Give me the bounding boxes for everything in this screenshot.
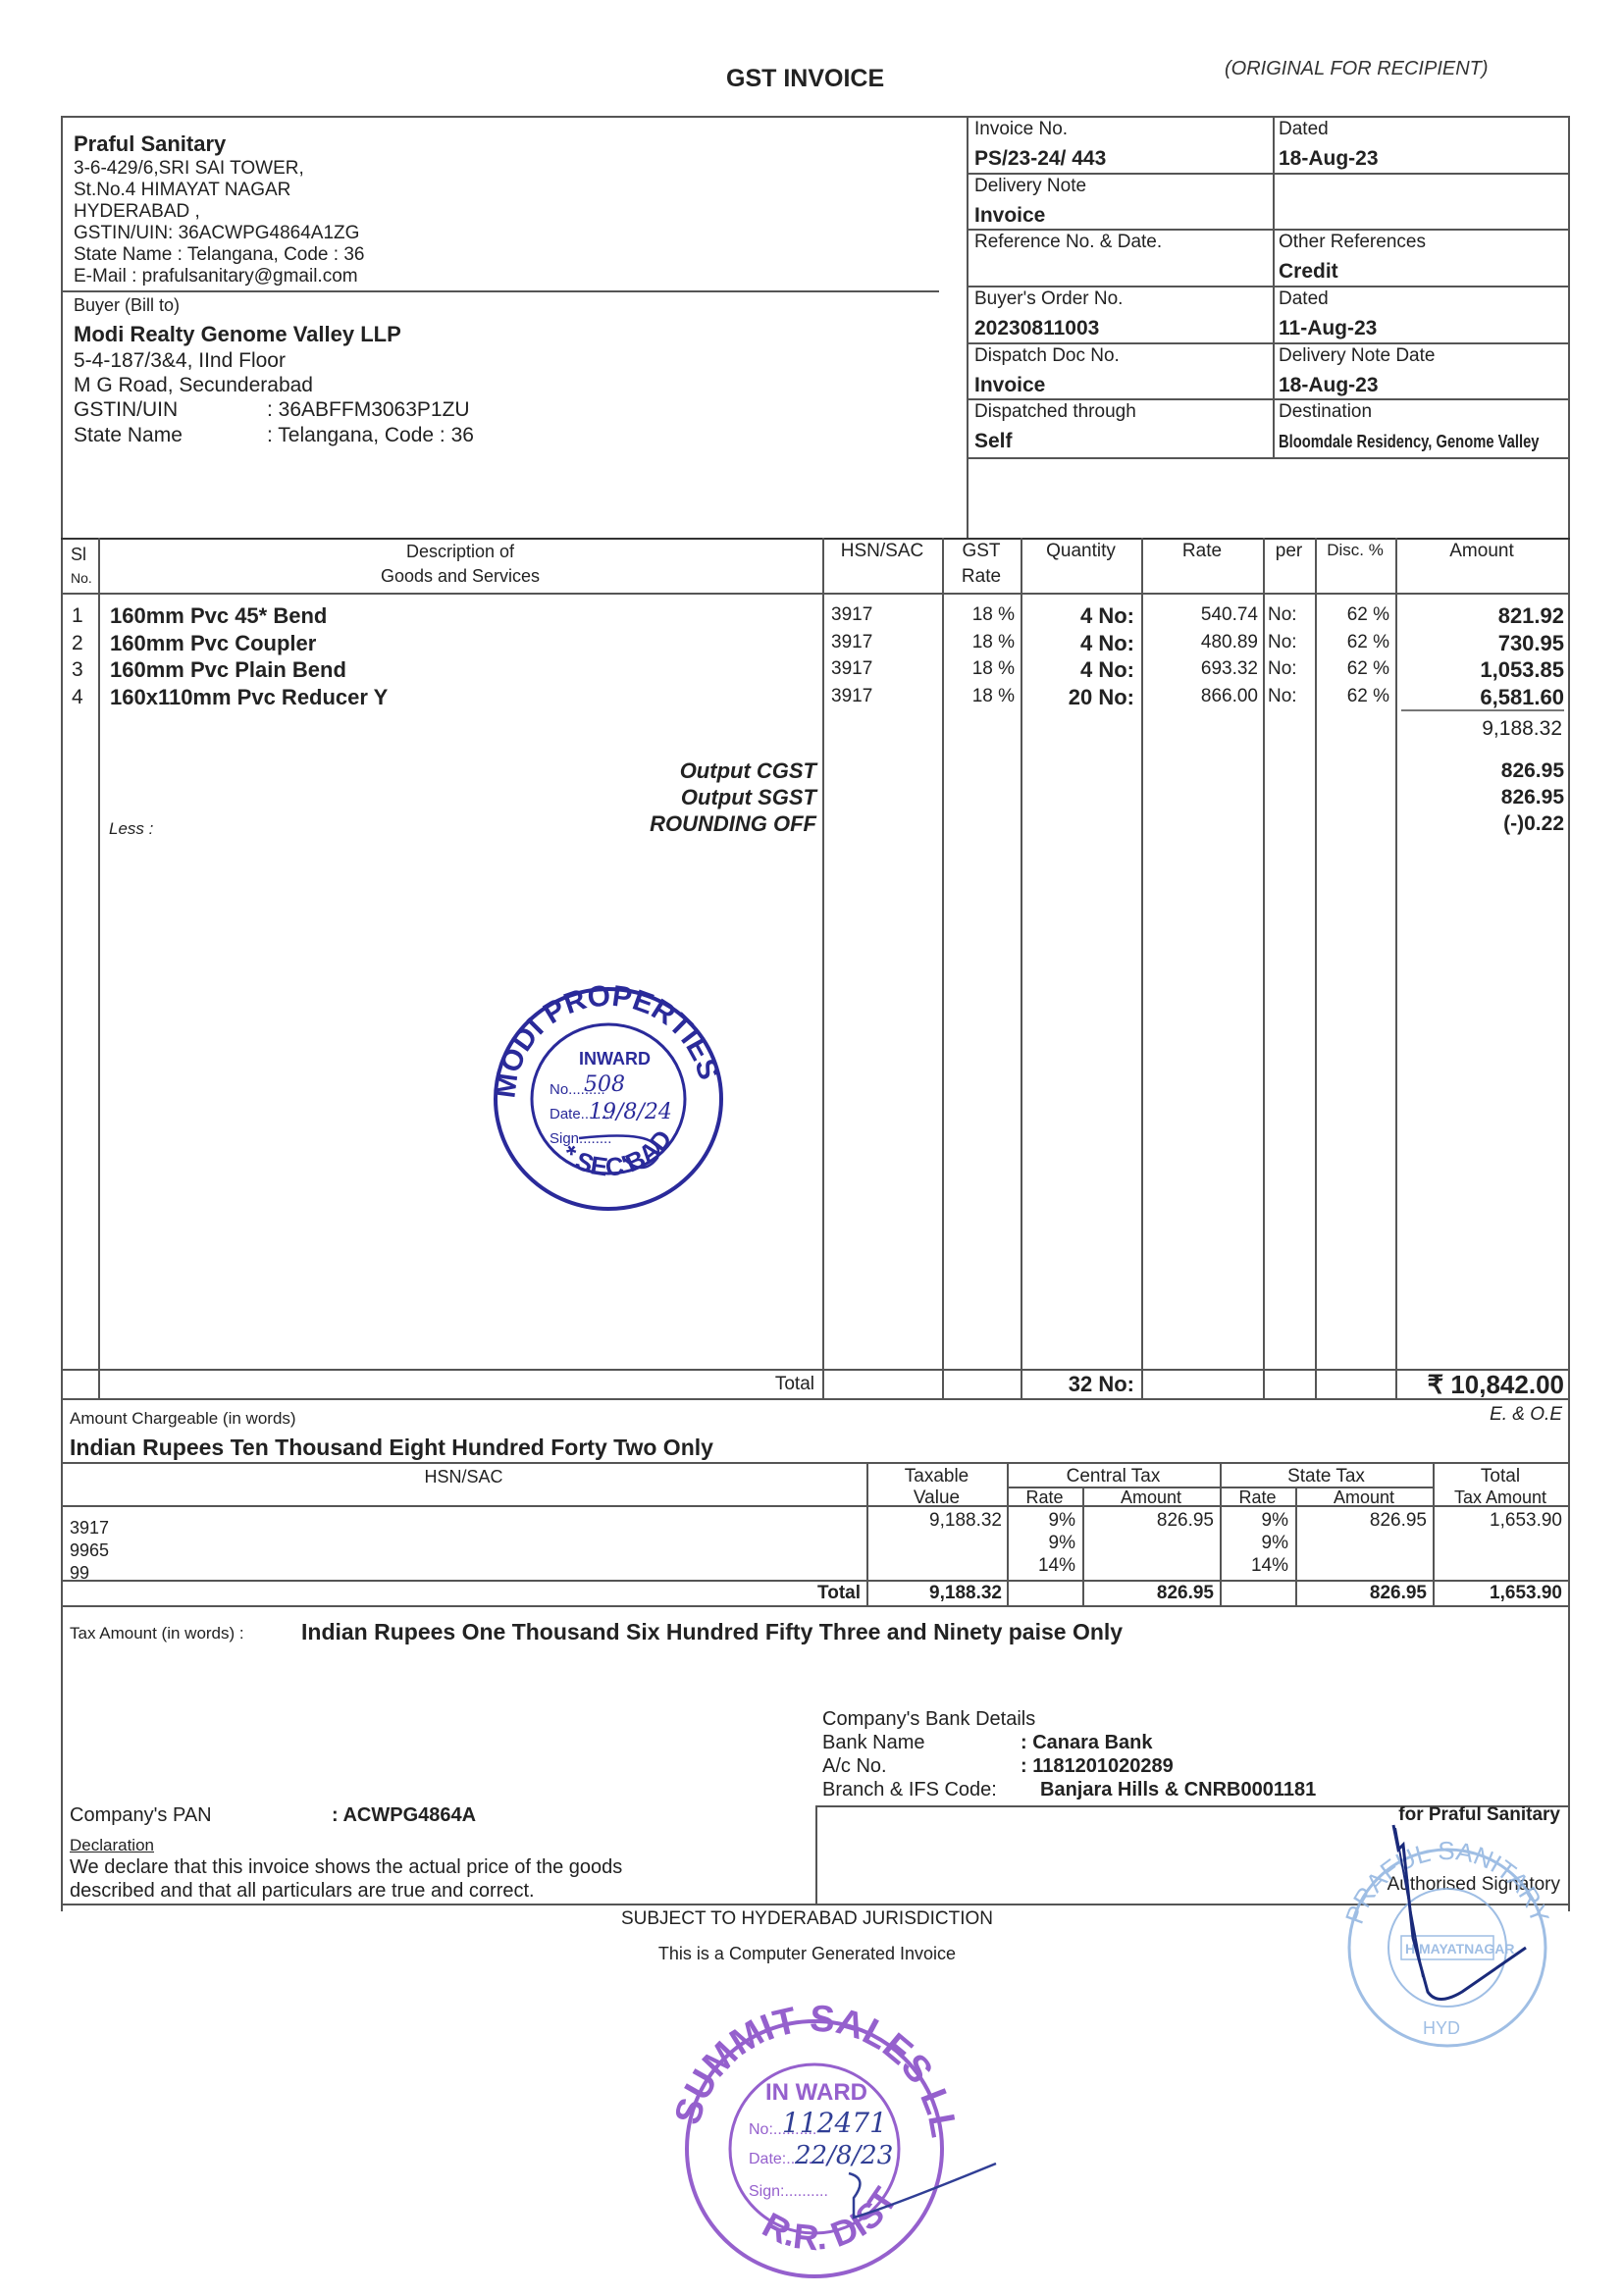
buyer-gstin: : 36ABFFM3063P1ZU <box>267 399 470 420</box>
summit-sales-stamp: SUMMIT SALES LLP R.R. DIST. IN WARD No:.… <box>672 2016 957 2271</box>
bank-title: Company's Bank Details <box>822 1709 1035 1729</box>
tax-total-amount: 1,653.90 <box>1433 1511 1562 1530</box>
item-amount: 6,581.60 <box>1395 687 1564 708</box>
buyer-label: Buyer (Bill to) <box>74 296 180 314</box>
item-rate: 540.74 <box>1141 605 1258 624</box>
stamp-icon: SUMMIT SALES LLP R.R. DIST. IN WARD No:.… <box>672 2016 957 2271</box>
tax-words-value: Indian Rupees One Thousand Six Hundred F… <box>301 1621 1123 1644</box>
eoe-label: E. & O.E <box>1374 1405 1562 1424</box>
subtotal-amount: 9,188.32 <box>1395 718 1562 739</box>
tax-line-amount: 826.95 <box>1395 760 1564 781</box>
item-discount: 62 % <box>1315 659 1389 678</box>
amount-words-value: Indian Rupees Ten Thousand Eight Hundred… <box>70 1436 713 1459</box>
tax-header-central-rate: Rate <box>1007 1488 1082 1506</box>
tax-central-rate: 9% <box>1007 1534 1075 1552</box>
rule <box>61 116 1570 118</box>
item-per: No: <box>1268 659 1297 678</box>
tax-header-taxable: Taxable <box>866 1467 1007 1486</box>
col-header-gst: GST <box>942 542 1021 560</box>
svg-text:HYD: HYD <box>1423 2018 1460 2038</box>
tax-header-central-amount: Amount <box>1082 1488 1220 1506</box>
item-amount: 1,053.85 <box>1395 659 1564 681</box>
col-header-rate: Rate <box>1141 542 1263 560</box>
bank-value: : Canara Bank <box>1021 1733 1153 1752</box>
tax-words-label: Tax Amount (in words) : <box>70 1625 244 1642</box>
rule <box>967 173 1568 175</box>
tax-header-state-amount: Amount <box>1295 1488 1433 1506</box>
tax-header-hsn: HSN/SAC <box>61 1468 866 1486</box>
col-header-sl: Sl <box>71 546 86 563</box>
info-label: Destination <box>1279 402 1372 421</box>
item-hsn: 3917 <box>831 659 872 678</box>
rule <box>967 286 1568 287</box>
info-value: 20230811003 <box>974 318 1099 339</box>
rule <box>61 538 1570 540</box>
total-label: Total <box>98 1375 814 1393</box>
buyer-name: Modi Realty Genome Valley LLP <box>74 324 401 345</box>
bank-value: : 1181201020289 <box>1021 1756 1174 1776</box>
pan-label: Company's PAN <box>70 1805 212 1825</box>
declaration-line: described and that all particulars are t… <box>70 1881 535 1901</box>
info-label: Dispatched through <box>974 402 1136 421</box>
svg-text:IN WARD: IN WARD <box>765 2079 867 2106</box>
item-quantity: 4 No: <box>1021 605 1134 627</box>
svg-text:112471: 112471 <box>782 2107 887 2139</box>
item-hsn: 3917 <box>831 687 872 705</box>
col-header-qty: Quantity <box>1021 542 1141 560</box>
info-label: Reference No. & Date. <box>974 233 1162 251</box>
tax-totals-total: 1,653.90 <box>1433 1584 1562 1602</box>
item-hsn: 3917 <box>831 633 872 652</box>
info-label: Dated <box>1279 120 1329 138</box>
item-gst-rate: 18 % <box>942 687 1015 705</box>
tax-central-rate: 9% <box>1007 1511 1075 1530</box>
item-gst-rate: 18 % <box>942 633 1015 652</box>
tax-header-central: Central Tax <box>1007 1467 1220 1486</box>
tax-totals-taxable: 9,188.32 <box>866 1584 1002 1602</box>
svg-text:22/8/23: 22/8/23 <box>794 2141 893 2170</box>
pan-value: : ACWPG4864A <box>332 1805 476 1825</box>
item-description: 160mm Pvc Plain Bend <box>110 659 346 681</box>
item-discount: 62 % <box>1315 687 1389 705</box>
svg-text:INWARD: INWARD <box>579 1049 651 1069</box>
info-label: Delivery Note <box>974 177 1086 195</box>
tax-central-amount: 826.95 <box>1082 1511 1214 1530</box>
tax-state-rate: 9% <box>1220 1511 1288 1530</box>
signature-scribble-icon <box>1354 1820 1550 2016</box>
info-value: PS/23-24/ 443 <box>974 148 1106 169</box>
col-header-gst: Rate <box>942 567 1021 586</box>
info-label: Other References <box>1279 233 1426 251</box>
info-value: 18-Aug-23 <box>1279 148 1379 169</box>
tax-header-total: Tax Amount <box>1433 1488 1568 1506</box>
rule <box>61 1369 1570 1371</box>
computer-generated-note: This is a Computer Generated Invoice <box>393 1945 1222 1962</box>
rule <box>815 1805 817 1904</box>
item-quantity: 4 No: <box>1021 659 1134 681</box>
bank-value: Banjara Hills & CNRB0001181 <box>1040 1780 1316 1800</box>
tax-hsn-code: 9965 <box>70 1541 109 1559</box>
tax-taxable-value: 9,188.32 <box>866 1511 1002 1530</box>
tax-hsn-code: 3917 <box>70 1519 109 1537</box>
sl-no: 4 <box>72 687 83 707</box>
item-hsn: 3917 <box>831 605 872 624</box>
col-header-desc: Description of <box>98 543 822 560</box>
item-description: 160mm Pvc 45* Bend <box>110 605 327 627</box>
tax-header-taxable: Value <box>866 1488 1007 1507</box>
col-header-per: per <box>1263 542 1315 560</box>
tax-hsn-code: 99 <box>70 1564 89 1582</box>
item-description: 160x110mm Pvc Reducer Y <box>110 687 388 708</box>
total-amount: ₹ 10,842.00 <box>1395 1372 1564 1397</box>
tax-line-label: Output CGST <box>98 760 816 782</box>
table-row: 1160mm Pvc 45* Bend391718 %4 No:540.74No… <box>0 605 1623 631</box>
rule <box>967 229 1568 231</box>
seller-email: E-Mail : prafulsanitary@gmail.com <box>74 267 358 286</box>
info-label: Buyer's Order No. <box>974 289 1123 308</box>
buyer-gstin-label: GSTIN/UIN <box>74 399 178 420</box>
buyer-address-line: M G Road, Secunderabad <box>74 375 313 395</box>
info-label: Delivery Note Date <box>1279 346 1435 365</box>
tax-header-state-rate: Rate <box>1220 1488 1295 1506</box>
tax-line-label: ROUNDING OFF <box>98 813 816 835</box>
declaration-line: We declare that this invoice shows the a… <box>70 1857 622 1877</box>
copy-label: (ORIGINAL FOR RECIPIENT) <box>1225 59 1489 78</box>
col-header-desc: Goods and Services <box>98 567 822 585</box>
item-per: No: <box>1268 687 1297 705</box>
item-amount: 730.95 <box>1395 633 1564 654</box>
jurisdiction-note: SUBJECT TO HYDERABAD JURISDICTION <box>393 1909 1222 1928</box>
item-gst-rate: 18 % <box>942 605 1015 624</box>
total-quantity: 32 No: <box>1021 1374 1134 1395</box>
info-label: Invoice No. <box>974 120 1068 138</box>
table-row: 2160mm Pvc Coupler391718 %4 No:480.89No:… <box>0 633 1623 658</box>
tax-line-label: Output SGST <box>98 787 816 809</box>
rule <box>61 593 1570 595</box>
seller-address-line: 3-6-429/6,SRI SAI TOWER, <box>74 159 304 178</box>
svg-text:19/8/24: 19/8/24 <box>589 1100 672 1124</box>
buyer-address-line: 5-4-187/3&4, IInd Floor <box>74 350 286 371</box>
info-value: Bloomdale Residency, Genome Valley <box>1279 433 1540 450</box>
tax-totals-label: Total <box>61 1584 861 1602</box>
tax-state-amount: 826.95 <box>1295 1511 1427 1530</box>
info-value: Invoice <box>974 375 1045 395</box>
tax-totals-state: 826.95 <box>1295 1584 1427 1602</box>
info-label: Dispatch Doc No. <box>974 346 1120 365</box>
info-label: Dated <box>1279 289 1329 308</box>
item-quantity: 4 No: <box>1021 633 1134 654</box>
rule <box>61 116 63 1911</box>
item-discount: 62 % <box>1315 633 1389 652</box>
table-row: 3160mm Pvc Plain Bend391718 %4 No:693.32… <box>0 659 1623 685</box>
rule <box>967 398 1568 400</box>
svg-text:508: 508 <box>584 1072 625 1097</box>
seller-state: State Name : Telangana, Code : 36 <box>74 245 364 264</box>
rule <box>967 457 1568 459</box>
rule <box>967 342 1568 344</box>
bank-label: Branch & IFS Code: <box>822 1780 997 1800</box>
rule <box>61 1580 1570 1582</box>
rule <box>967 116 969 538</box>
tax-header-state: State Tax <box>1220 1467 1433 1486</box>
tax-line-amount: 826.95 <box>1395 787 1564 808</box>
tax-header-total: Total <box>1433 1467 1568 1486</box>
rule <box>61 1398 1570 1400</box>
item-rate: 866.00 <box>1141 687 1258 705</box>
less-label: Less : <box>109 820 153 837</box>
rule <box>61 1462 1570 1464</box>
amount-words-label: Amount Chargeable (in words) <box>70 1410 296 1427</box>
tax-state-rate: 9% <box>1220 1534 1288 1552</box>
item-per: No: <box>1268 633 1297 652</box>
modi-properties-stamp: MODI PROPERTIES PVT. LTD. * SEC'BAD * IN… <box>486 981 731 1217</box>
tax-line-amount: (-)0.22 <box>1395 813 1564 834</box>
table-row: 4160x110mm Pvc Reducer Y391718 %20 No:86… <box>0 687 1623 712</box>
sl-no: 2 <box>72 633 83 653</box>
sl-no: 3 <box>72 659 83 680</box>
seller-name: Praful Sanitary <box>74 133 226 155</box>
sl-no: 1 <box>72 605 83 626</box>
item-per: No: <box>1268 605 1297 624</box>
rule <box>61 1605 1570 1607</box>
item-rate: 480.89 <box>1141 633 1258 652</box>
svg-text:Sign:..........: Sign:.......... <box>749 2183 828 2200</box>
buyer-state-label: State Name <box>74 425 183 445</box>
item-discount: 62 % <box>1315 605 1389 624</box>
col-header-amount: Amount <box>1395 542 1568 560</box>
tax-totals-central: 826.95 <box>1082 1584 1214 1602</box>
info-value: Self <box>974 431 1013 451</box>
tax-state-rate: 14% <box>1220 1556 1288 1575</box>
info-value: 18-Aug-23 <box>1279 375 1379 395</box>
bank-label: A/c No. <box>822 1756 887 1776</box>
col-header-hsn: HSN/SAC <box>822 542 942 560</box>
tax-central-rate: 14% <box>1007 1556 1075 1575</box>
seller-address-line: HYDERABAD , <box>74 202 200 221</box>
info-value: 11-Aug-23 <box>1279 318 1377 339</box>
item-amount: 821.92 <box>1395 605 1564 627</box>
rule <box>1568 116 1570 1911</box>
item-rate: 693.32 <box>1141 659 1258 678</box>
item-description: 160mm Pvc Coupler <box>110 633 316 654</box>
buyer-state: : Telangana, Code : 36 <box>267 425 474 445</box>
seller-address-line: St.No.4 HIMAYAT NAGAR <box>74 181 290 199</box>
document-title: GST INVOICE <box>726 67 884 91</box>
col-header-disc: Disc. % <box>1315 542 1395 558</box>
declaration-title: Declaration <box>70 1837 154 1853</box>
seller-gstin: GSTIN/UIN: 36ACWPG4864A1ZG <box>74 224 359 242</box>
info-value: Credit <box>1279 261 1338 282</box>
col-header-sl: No. <box>71 571 92 585</box>
info-value: Invoice <box>974 205 1045 226</box>
item-quantity: 20 No: <box>1021 687 1134 708</box>
rule <box>61 290 939 292</box>
item-gst-rate: 18 % <box>942 659 1015 678</box>
stamp-icon: MODI PROPERTIES PVT. LTD. * SEC'BAD * IN… <box>486 981 731 1217</box>
bank-label: Bank Name <box>822 1733 925 1752</box>
